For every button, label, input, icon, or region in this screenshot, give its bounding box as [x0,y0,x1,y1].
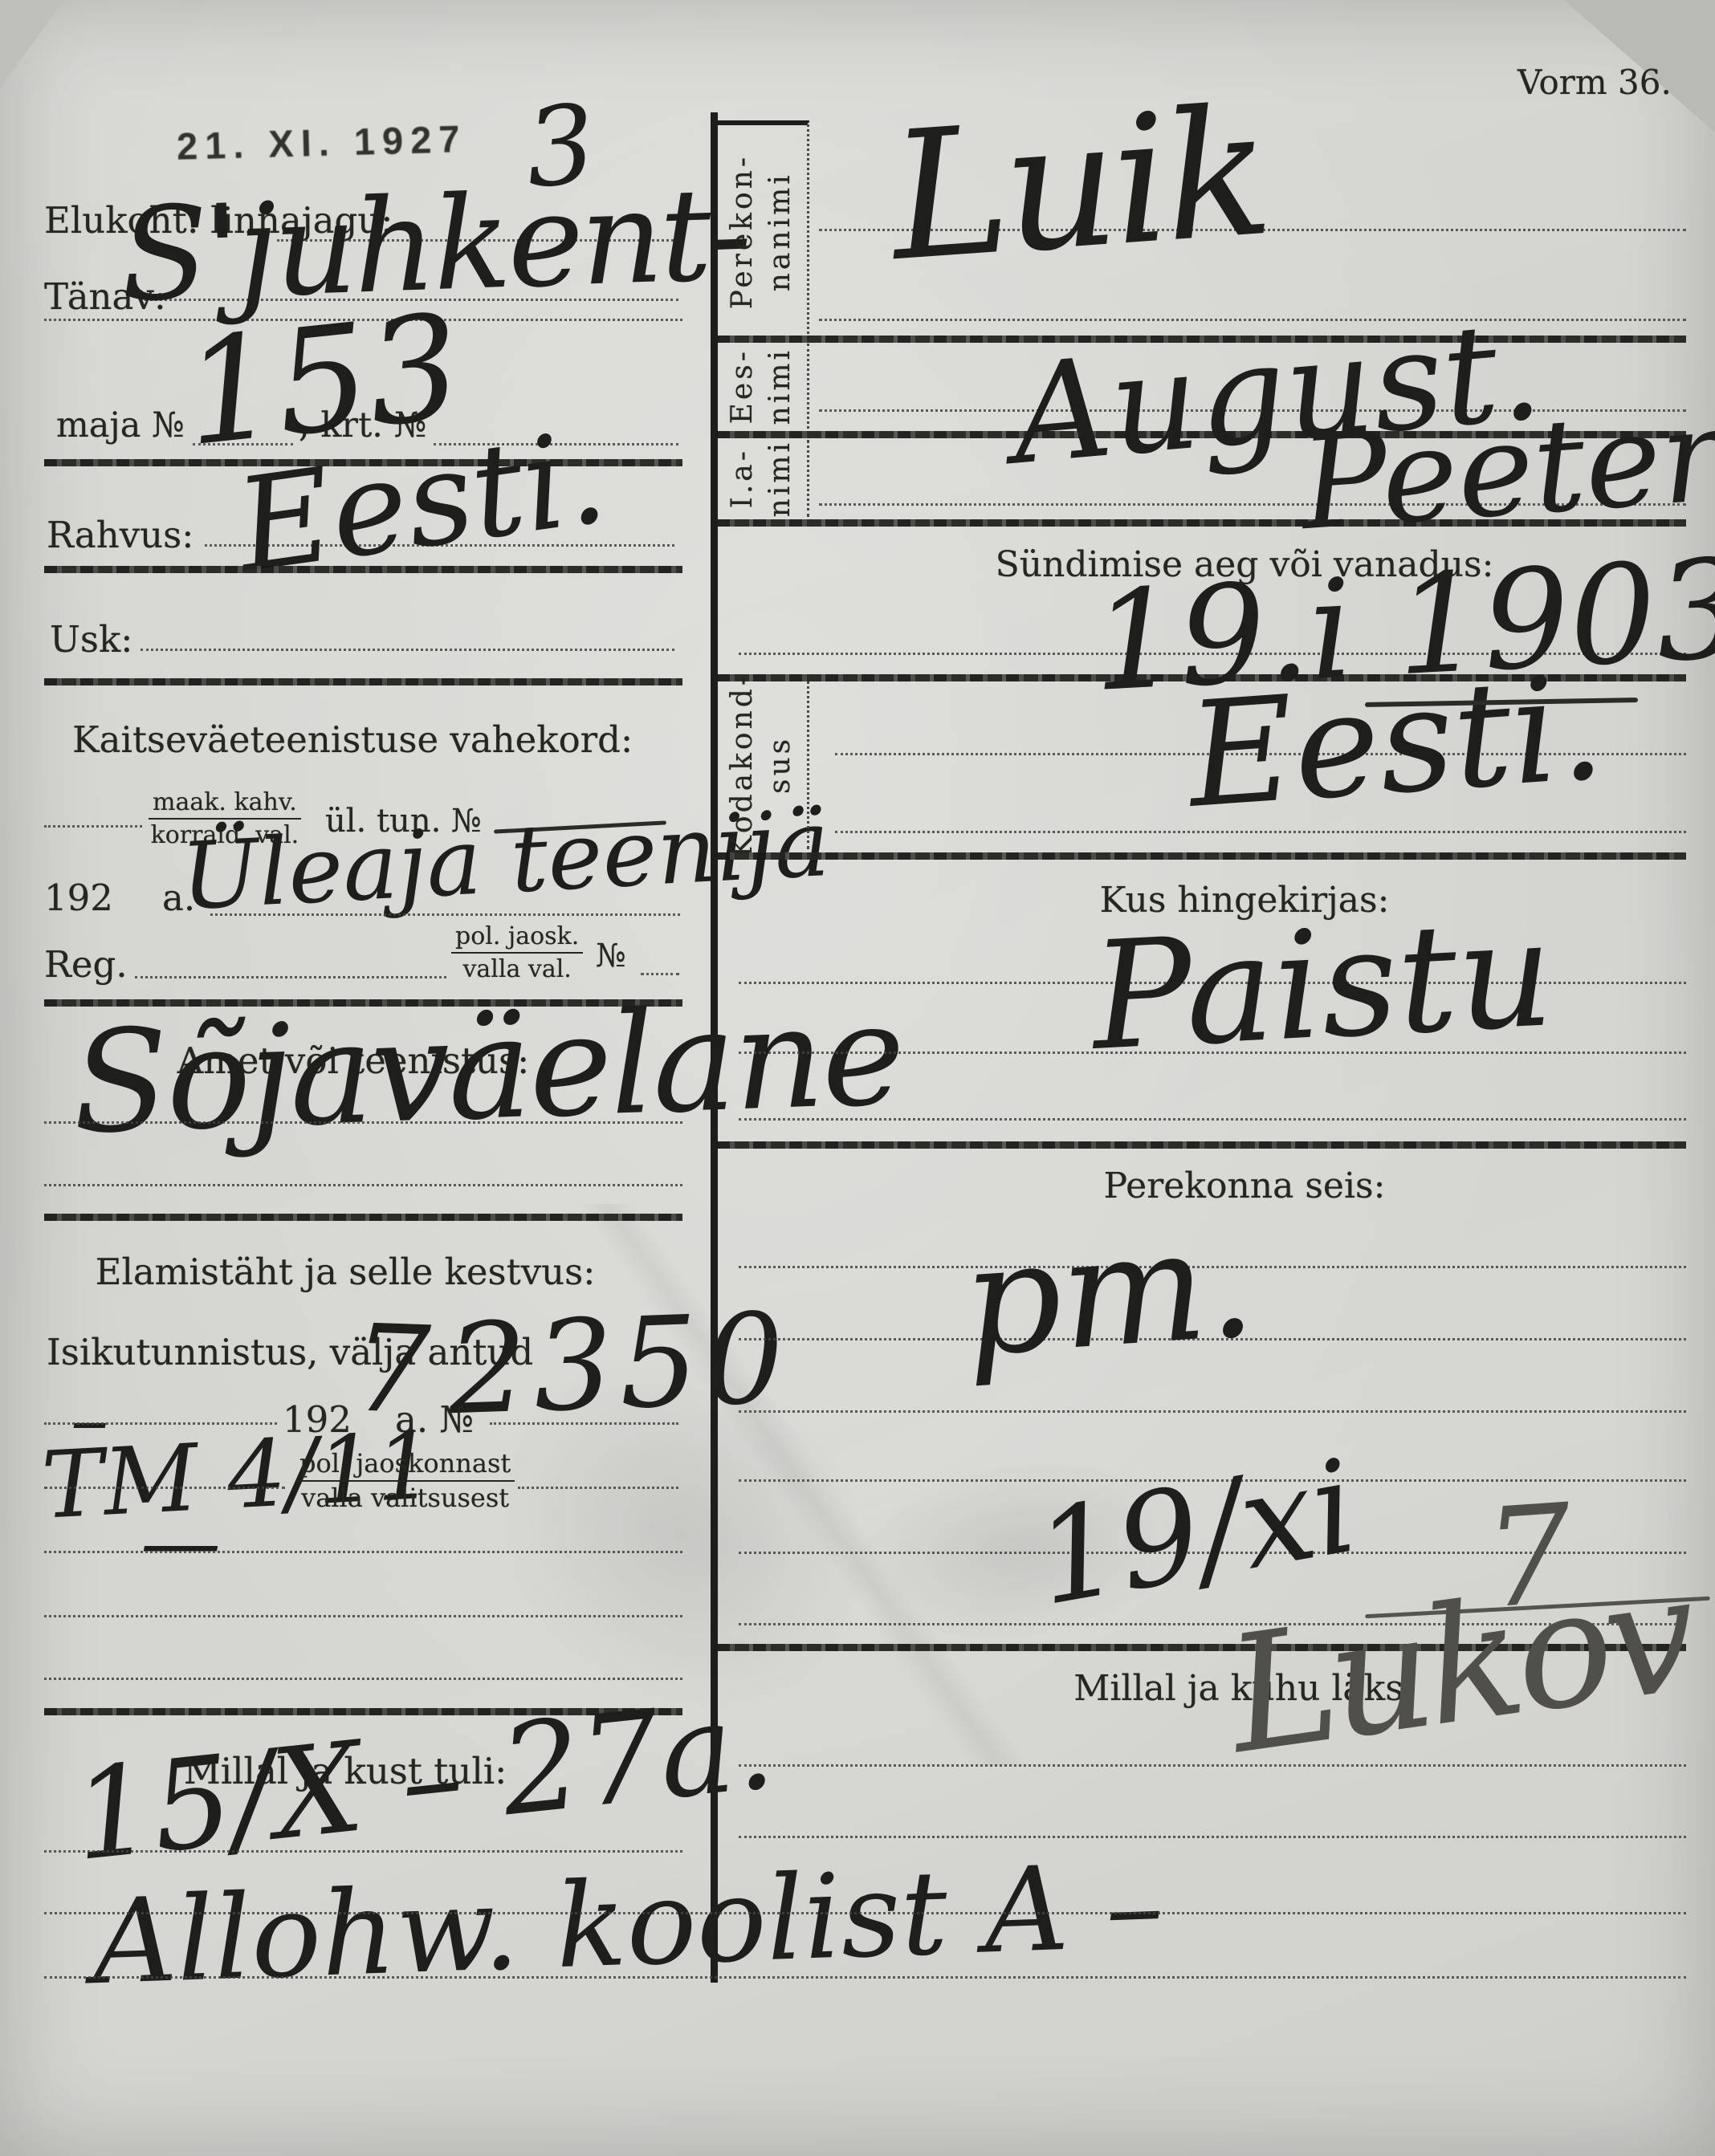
marital-status-value-handwriting: pm. [959,1206,1260,1379]
nationality-label: Rahvus: [47,514,193,556]
dotted-line [44,1184,682,1186]
section-divider [44,1214,682,1221]
dotted-line [44,1551,682,1553]
dotted-line [44,1850,682,1853]
dotted-line [44,1912,1686,1914]
section-divider [44,678,682,685]
form-number: Vorm 36. [1517,63,1672,102]
dotted-line [141,649,674,651]
house-number-label: maja № [56,405,185,445]
dotted-line [44,1615,682,1617]
military-service-header: Kaitseväeteenistuse vahekord: [72,718,618,761]
dotted-line [518,1487,678,1489]
dotted-line [44,825,142,828]
registration-label: Reg. [44,943,128,986]
citizenship-label-box: Kodakond- sus [717,681,809,849]
occupation-value-handwriting: Sõjaväelane [70,985,905,1154]
dotted-line [210,913,680,916]
dotted-line [44,1121,682,1124]
residence-permit-header: Elamistäht ja selle kestvus: [72,1251,618,1293]
dotted-line [641,973,679,975]
section-divider [717,1141,1686,1149]
dotted-line [44,1976,1686,1979]
page-corner-fold [0,0,64,88]
firstname-label-box: Ees- nimi [717,344,809,429]
year-suffix-label: a. [162,877,195,919]
pen-dash: — [141,1503,221,1583]
section-divider [717,852,1686,860]
fraction-top: maak. kahv. [149,789,301,820]
surname-label-box: Perekon- nanimi [717,120,809,339]
dotted-line [739,1836,1686,1838]
fraction-top: pol. jaosk. [451,923,583,954]
year-prefix-label: 192 [44,877,113,919]
dotted-line [135,976,446,978]
police-district-fraction: pol. jaosk. valla val. [451,923,583,982]
fraction-top: pol. jaoskonnast [295,1450,515,1482]
date-stamp: 21. XI. 1927 [176,116,467,168]
dotted-line [490,1422,678,1425]
police-precinct-fraction: pol. jaoskonnast valla valitsusest [295,1450,515,1512]
surname-value-handwriting: Luik [886,83,1273,286]
section-divider [44,566,682,573]
dotted-line [44,1678,682,1680]
surname-label: Perekon- nanimi [724,154,800,309]
firstname-label: Ees- nimi [724,348,800,425]
fathername-value-handwriting: Peeter [1297,391,1715,548]
dotted-line [739,1764,1686,1767]
registration-card: 21. XI. 1927 3 Vorm 36. Elukoht: linnaja… [0,0,1715,2156]
parish-register-value-handwriting: Paistu [1089,899,1557,1072]
dotted-line [44,1487,285,1489]
number-sign: № [596,938,626,974]
dotted-line [739,1410,1686,1413]
dotted-line [739,1118,1686,1121]
fraction-bottom: valla val. [451,954,583,982]
fathername-label-box: I.a- nimi [717,440,809,517]
fathername-label: I.a- nimi [724,440,800,517]
citizenship-value-handwriting: Eesti. [1183,656,1608,829]
religion-label: Usk: [50,618,132,661]
fraction-bottom: valla valitsusest [295,1482,515,1512]
citizenship-label: Kodakond- sus [724,673,800,857]
